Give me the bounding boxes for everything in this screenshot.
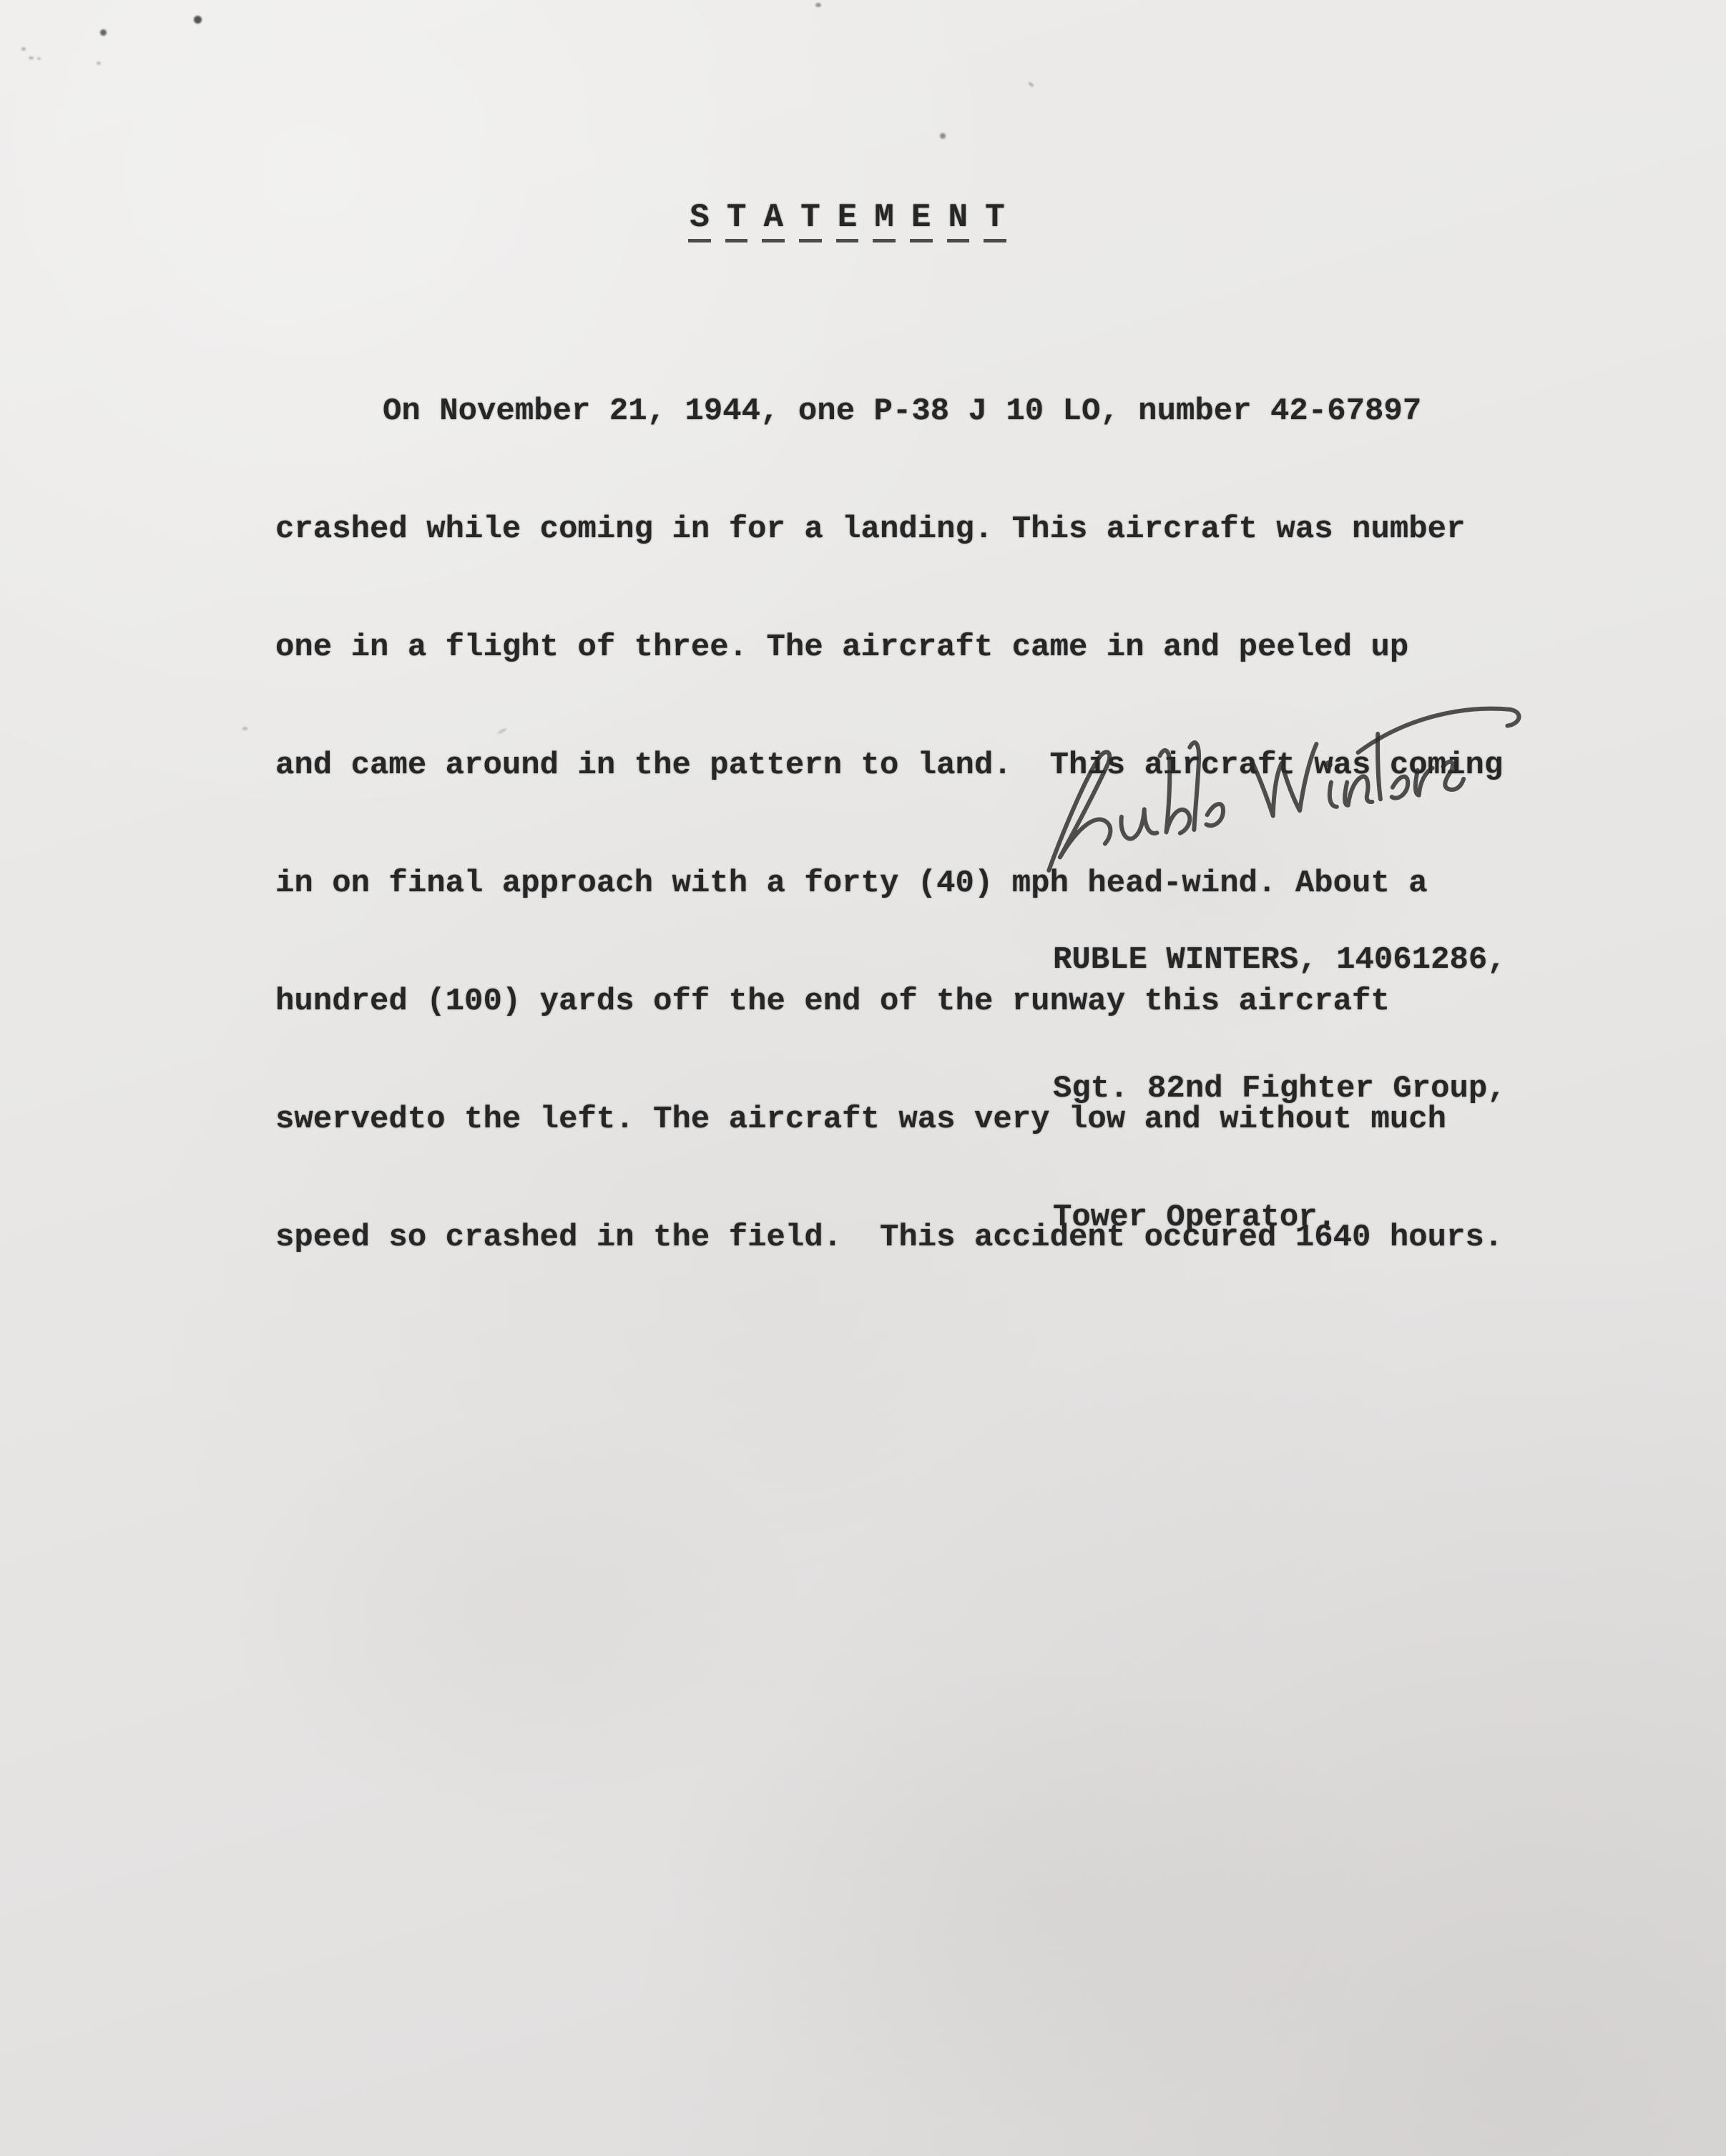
paper-speck [940,133,946,139]
signature-block: RUBLE WINTERS, 14061286, Sgt. 82nd Fight… [1053,853,1506,1325]
paper-speck [21,47,26,51]
statement-line: one in a flight of three. The aircraft c… [275,628,1503,667]
paper-speck [97,62,101,65]
paper-speck [37,57,41,60]
signature-rank-line: Sgt. 82nd Fighter Group, [1053,1067,1506,1110]
statement-line: On November 21, 1944, one P-38 J 10 LO, … [275,392,1503,431]
paper-speck [815,3,821,7]
paper-speck [1028,82,1034,88]
paper-speck [100,29,107,36]
paper-speck [194,16,202,24]
statement-line: crashed while coming in for a landing. T… [275,510,1503,549]
paper-speck [29,57,34,59]
signature-name-line: RUBLE WINTERS, 14061286, [1053,939,1506,981]
signature-role-line: Tower Operator. [1053,1196,1506,1239]
document-title: STATEMENT [0,199,1710,242]
scanned-statement-page: STATEMENT On November 21, 1944, one P-38… [0,0,1726,2156]
paper-speck [242,727,247,730]
